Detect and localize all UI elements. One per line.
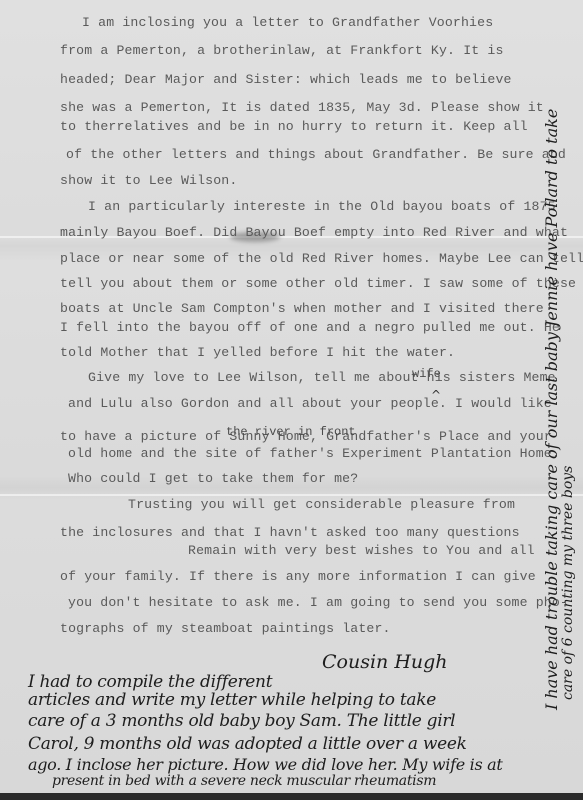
- margin-note: I have had trouble taking care of our la…: [542, 109, 561, 710]
- typed-line: headed; Dear Major and Sister: which lea…: [60, 72, 512, 87]
- postscript-line: ago. I inclose her picture. How we did l…: [28, 755, 503, 774]
- typed-line: I fell into the bayou off of one and a n…: [60, 320, 560, 335]
- typed-line: tell you about them or some other old ti…: [60, 276, 576, 291]
- typed-line: Remain with very best wishes to You and …: [188, 543, 535, 558]
- scan-edge: [0, 793, 583, 800]
- typed-line: she was a Pemerton, It is dated 1835, Ma…: [60, 100, 544, 115]
- typed-line: and Lulu also Gordon and all about your …: [68, 396, 552, 411]
- postscript-line: I had to compile the different: [28, 672, 272, 692]
- typed-line: told Mother that I yelled before I hit t…: [60, 345, 455, 360]
- typed-line: old home and the site of father's Experi…: [68, 446, 560, 461]
- typed-line: I am inclosing you a letter to Grandfath…: [82, 15, 493, 30]
- typed-line: from a Pemerton, a brotherinlaw, at Fran…: [60, 43, 504, 58]
- typed-line: tographs of my steamboat paintings later…: [60, 621, 391, 636]
- typed-line: mainly Bayou Boef. Did Bayou Boef empty …: [60, 225, 568, 240]
- typed-line: show it to Lee Wilson.: [60, 173, 237, 188]
- postscript-line: articles and write my letter while helpi…: [28, 690, 436, 710]
- typed-line: boats at Uncle Sam Compton's when mother…: [60, 301, 544, 316]
- typed-line: the inclosures and that I havn't asked t…: [60, 525, 520, 540]
- signature: Cousin Hugh: [322, 651, 448, 673]
- typed-line: Who could I get to take them for me?: [68, 471, 358, 486]
- letter-page: I am inclosing you a letter to Grandfath…: [0, 0, 583, 793]
- typed-line: Give my love to Lee Wilson, tell me abou…: [88, 370, 556, 385]
- margin-note: care of 6 counting my three boys: [560, 466, 576, 700]
- typed-line: place or near some of the old Red River …: [60, 251, 583, 266]
- insertion-caret: ^: [431, 388, 441, 402]
- typed-line: I an particularly intereste in the Old b…: [88, 199, 556, 214]
- postscript-line: present in bed with a severe neck muscul…: [52, 773, 436, 789]
- typed-line: to therrelatives and be in no hurry to r…: [60, 119, 528, 134]
- insert-wife: wife: [412, 367, 441, 381]
- typed-line: of your family. If there is any more inf…: [60, 569, 536, 584]
- typed-line: Trusting you will get considerable pleas…: [128, 497, 515, 512]
- paper-fold: [0, 494, 583, 496]
- typed-line: of the other letters and things about Gr…: [66, 147, 566, 162]
- postscript-line: Carol, 9 months old was adopted a little…: [28, 734, 467, 754]
- insert-river-in-front: the river in front: [226, 425, 356, 439]
- typed-line: you don't hesitate to ask me. I am going…: [68, 595, 568, 610]
- postscript-line: care of a 3 months old baby boy Sam. The…: [28, 711, 455, 731]
